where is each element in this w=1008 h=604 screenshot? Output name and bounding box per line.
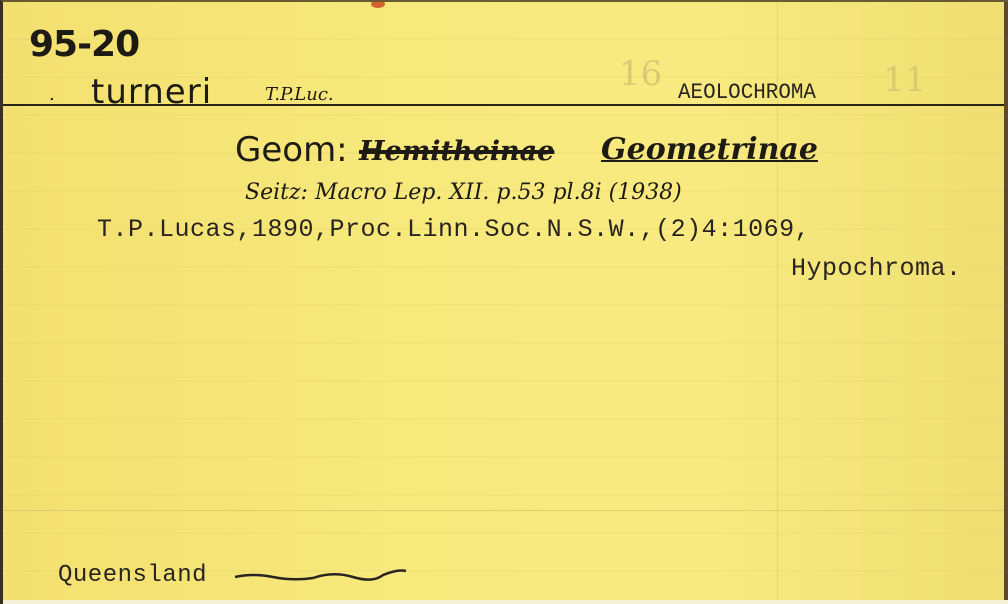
faint-pencil-mark: 11	[883, 60, 926, 100]
family-prefix: Geom:	[235, 130, 348, 170]
dot-mark: .	[49, 84, 55, 105]
genus-name: AEOLOCHROMA	[678, 80, 816, 105]
struck-subfamily: Hemitheinae	[359, 136, 554, 167]
handwritten-reference: Seitz: Macro Lep. XII. p.53 pl.8i (1938)	[245, 180, 682, 205]
locality: Queensland	[58, 562, 207, 589]
card-edge	[1004, 2, 1008, 604]
original-citation: T.P.Lucas,1890,Proc.Linn.Soc.N.S.W.,(2)4…	[97, 215, 810, 244]
squiggle-underline-icon	[233, 565, 408, 589]
faint-guide-line	[3, 510, 1008, 511]
author-abbreviation: T.P.Luc.	[265, 84, 334, 105]
species-name: turneri	[91, 72, 212, 112]
accession-number: 95-20	[29, 24, 139, 65]
red-ink-mark	[371, 0, 385, 8]
card-edge	[3, 600, 1008, 604]
original-genus: Hypochroma.	[791, 254, 962, 283]
faint-pencil-mark: 16	[619, 54, 662, 94]
header-rule	[3, 104, 1008, 106]
subfamily-name: Geometrinae	[601, 132, 818, 167]
index-card: 95-20 . turneri T.P.Luc. 16 11 AEOLOCHRO…	[0, 0, 1008, 604]
